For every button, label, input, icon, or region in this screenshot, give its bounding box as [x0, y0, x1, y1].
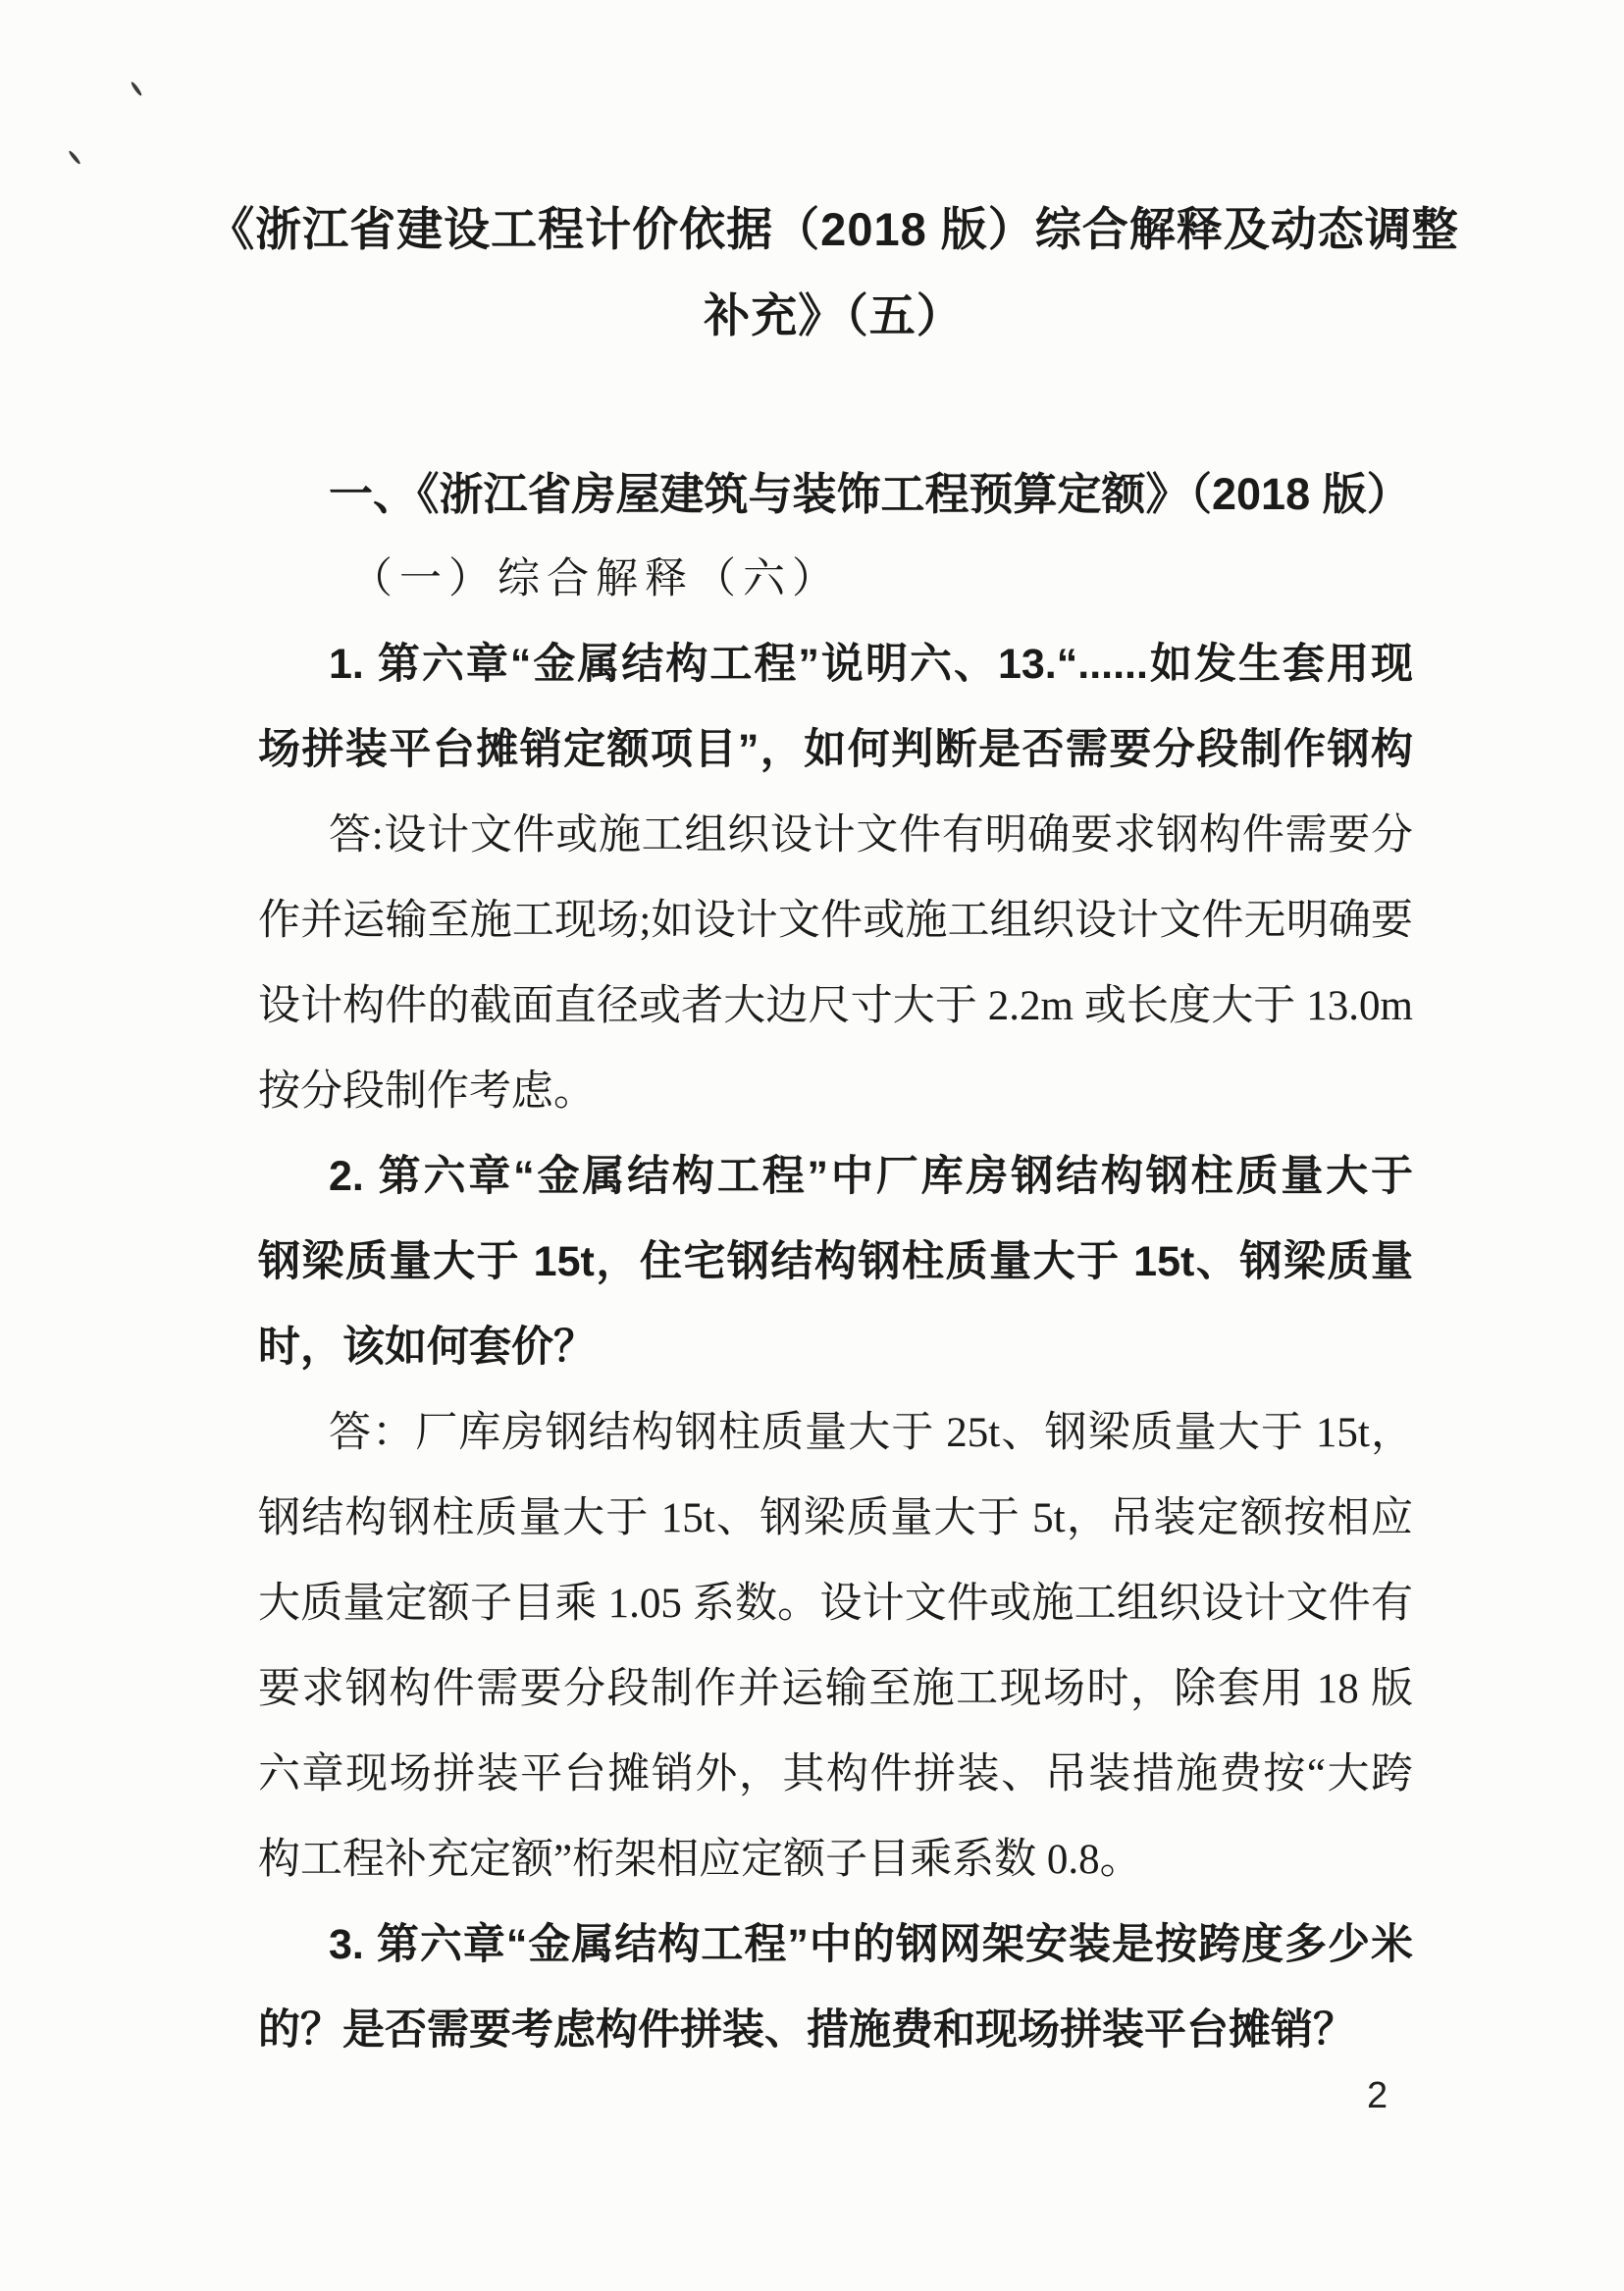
document-title-line-1: 《浙江省建设工程计价依据（2018 版）综合解释及动态调整: [22, 186, 1624, 273]
question1-line: 1. 第六章“金属结构工程”说明六、13.“......如发生套用现: [258, 622, 1413, 707]
answer2-line: 要求钢构件需要分段制作并运输至施工现场时，除套用 18 版定额第: [258, 1646, 1413, 1732]
answer1-line: 设计构件的截面直径或者大边尺寸大于 2.2m 或长度大于 13.0m 时，: [258, 963, 1413, 1049]
answer1-line: 按分段制作考虑。: [258, 1049, 1413, 1134]
answer1-line: 答:设计文件或施工组织设计文件有明确要求钢构件需要分段制: [258, 793, 1413, 878]
answer2-line: 构工程补充定额”桁架相应定额子目乘系数 0.8。: [258, 1817, 1413, 1902]
answer1-line: 作并运输至施工现场;如设计文件或施工组织设计文件无明确要求时，: [258, 878, 1413, 963]
page-number: 2: [1367, 2072, 1388, 2119]
question3-line: 3. 第六章“金属结构工程”中的钢网架安装是按跨度多少米考虑: [258, 1902, 1413, 1988]
scan-artifact-mark: [68, 150, 81, 165]
answer2-line: 钢结构钢柱质量大于 15t、钢梁质量大于 5t，吊装定额按相应构件最: [258, 1476, 1413, 1561]
answer2-line: 答：厂库房钢结构钢柱质量大于 25t、钢梁质量大于 15t，住宅: [258, 1390, 1413, 1476]
answer2-line: 六章现场拼装平台摊销外，其构件拼装、吊装措施费按“大跨度钢结: [258, 1732, 1413, 1817]
question2-line: 钢梁质量大于 15t，住宅钢结构钢柱质量大于 15t、钢梁质量大于 5t: [258, 1220, 1413, 1305]
question1-line: 场拼装平台摊销定额项目”，如何判断是否需要分段制作钢构件？: [258, 707, 1413, 793]
question2-line: 2. 第六章“金属结构工程”中厂库房钢结构钢柱质量大于 25t，: [258, 1134, 1413, 1220]
document-body: 一、《浙江省房屋建筑与装饰工程预算定额》（2018 版） （一）综合解释（六） …: [258, 451, 1413, 2073]
scan-artifact-mark: [130, 81, 143, 97]
question3-line: 的？是否需要考虑构件拼装、措施费和现场拼装平台摊销？: [258, 1988, 1413, 2073]
answer2-line: 大质量定额子目乘 1.05 系数。设计文件或施工组织设计文件有明确: [258, 1561, 1413, 1646]
section-heading: 一、《浙江省房屋建筑与装饰工程预算定额》（2018 版）: [258, 451, 1413, 537]
subsection-heading: （一）综合解释（六）: [258, 537, 1413, 622]
document-title: 《浙江省建设工程计价依据（2018 版）综合解释及动态调整 补充》（五）: [22, 186, 1624, 359]
question2-line: 时，该如何套价？: [258, 1305, 1413, 1390]
document-title-line-2: 补充》（五）: [22, 273, 1624, 359]
scanned-document-page: 《浙江省建设工程计价依据（2018 版）综合解释及动态调整 补充》（五） 一、《…: [0, 0, 1624, 2291]
